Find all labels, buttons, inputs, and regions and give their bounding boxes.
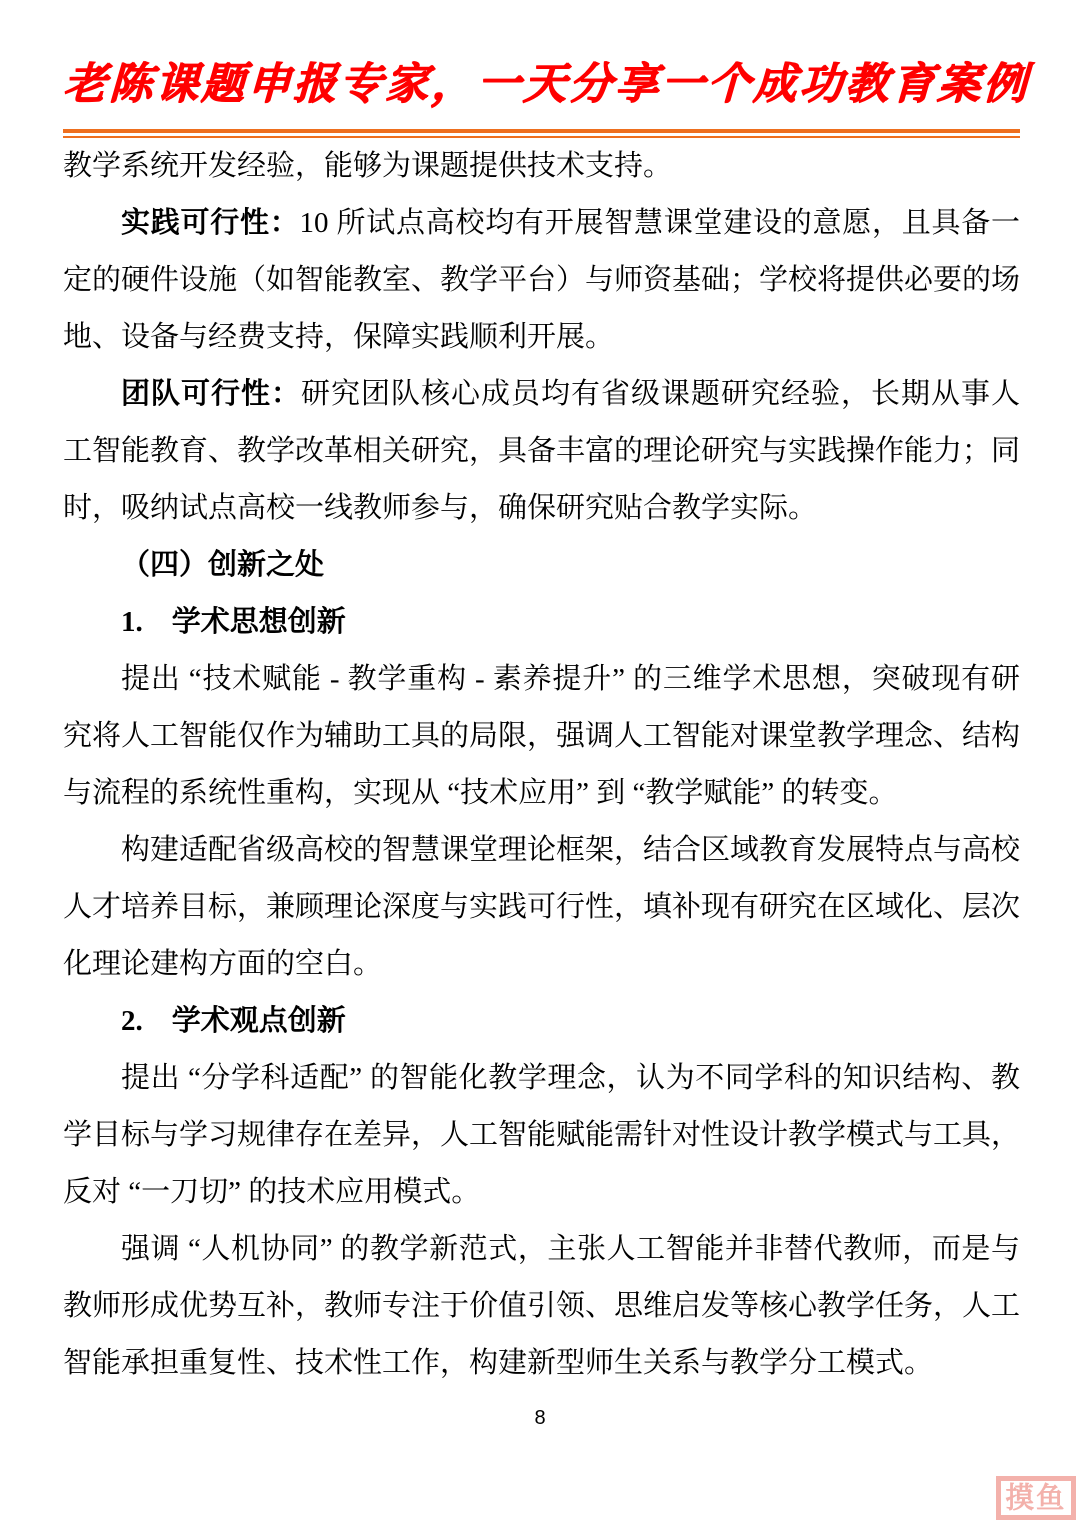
paragraph: 提出 “技术赋能 - 教学重构 - 素养提升” 的三维学术思想，突破现有研究将人…: [63, 651, 1020, 822]
seal-stamp-icon: 摸鱼: [996, 1476, 1076, 1520]
page-number: 8: [0, 1404, 1080, 1432]
header-banner-title: 老陈课题申报专家，一天分享一个成功教育案例: [62, 56, 1021, 112]
paragraph: 实践可行性：10 所试点高校均有开展智慧课堂建设的意愿，且具备一定的硬件设施（如…: [63, 195, 1020, 366]
seal-stamp-characters: 摸鱼: [1006, 1483, 1067, 1512]
paragraph-lead-bold: 1. 学术思想创新: [121, 606, 346, 638]
paragraph-lead-bold: 2. 学术观点创新: [121, 1005, 346, 1037]
paragraph-lead-bold: （四）创新之处: [121, 549, 324, 581]
section-heading: 2. 学术观点创新: [63, 993, 1020, 1050]
section-heading: 1. 学术思想创新: [63, 594, 1020, 651]
paragraph-text: 提出 “分学科适配” 的智能化教学理念，认为不同学科的知识结构、教学目标与学习规…: [63, 1062, 1020, 1208]
section-heading: （四）创新之处: [63, 537, 1020, 594]
paragraph-text: 教学系统开发经验，能够为课题提供技术支持。: [63, 150, 672, 182]
paragraph: 教学系统开发经验，能够为课题提供技术支持。: [63, 138, 1020, 195]
paragraph: 构建适配省级高校的智慧课堂理论框架，结合区域教育发展特点与高校人才培养目标，兼顾…: [63, 822, 1020, 993]
paragraph-lead-bold: 实践可行性：: [121, 207, 300, 239]
paragraph-text: 强调 “人机协同” 的教学新范式，主张人工智能并非替代教师，而是与教师形成优势互…: [63, 1233, 1020, 1379]
paragraph-text: 构建适配省级高校的智慧课堂理论框架，结合区域教育发展特点与高校人才培养目标，兼顾…: [63, 834, 1020, 980]
document-body: 教学系统开发经验，能够为课题提供技术支持。实践可行性：10 所试点高校均有开展智…: [63, 138, 1020, 1392]
document-page: 老陈课题申报专家，一天分享一个成功教育案例 教学系统开发经验，能够为课题提供技术…: [0, 0, 1080, 1528]
paragraph-text: 提出 “技术赋能 - 教学重构 - 素养提升” 的三维学术思想，突破现有研究将人…: [63, 663, 1020, 809]
paragraph: 提出 “分学科适配” 的智能化教学理念，认为不同学科的知识结构、教学目标与学习规…: [63, 1050, 1020, 1221]
paragraph: 强调 “人机协同” 的教学新范式，主张人工智能并非替代教师，而是与教师形成优势互…: [63, 1221, 1020, 1392]
paragraph-lead-bold: 团队可行性：: [121, 378, 301, 410]
header-rule: [63, 129, 1020, 138]
paragraph: 团队可行性：研究团队核心成员均有省级课题研究经验，长期从事人工智能教育、教学改革…: [63, 366, 1020, 537]
